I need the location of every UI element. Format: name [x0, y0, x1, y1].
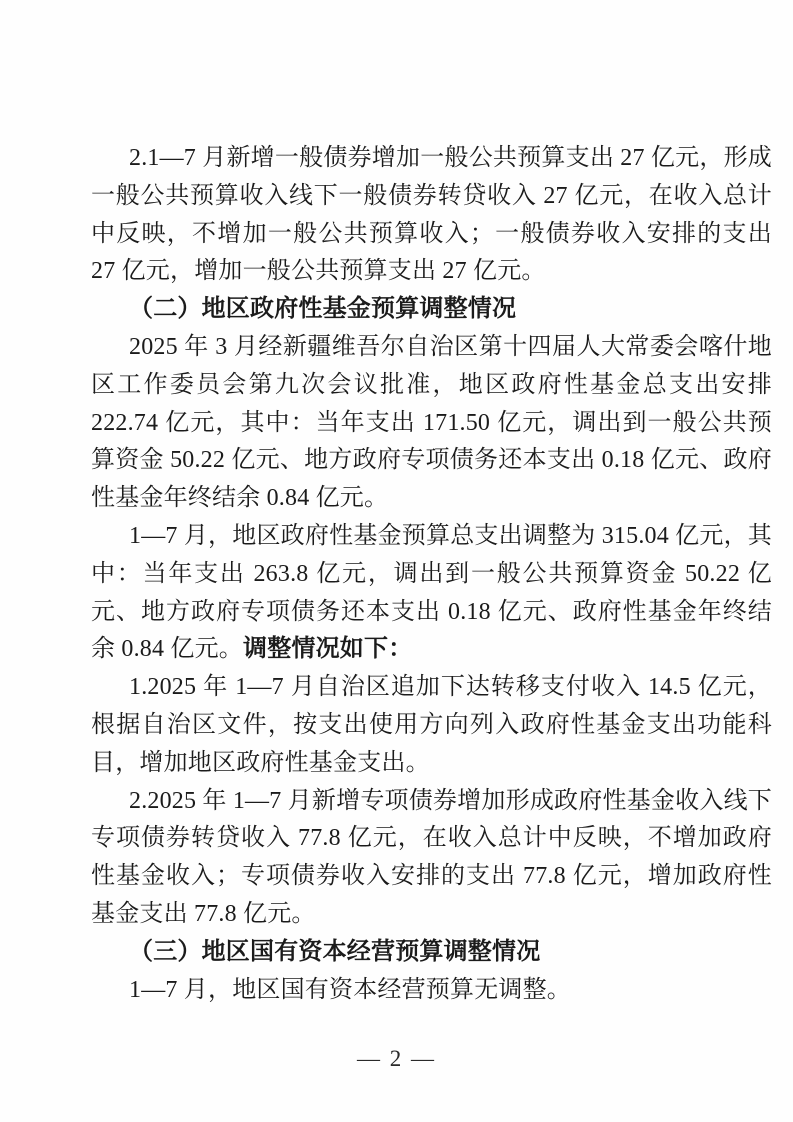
paragraph-gov-funds-approved-budget: 2025 年 3 月经新疆维吾尔自治区第十四届人大常委会喀什地区工作委员会第九次…	[91, 329, 772, 518]
paragraph-adjustment-item1-transfer-payment: 1.2025 年 1—7 月自治区追加下达转移支付收入 14.5 亿元，根据自治…	[91, 669, 772, 782]
paragraph-adjustment-item2-special-bonds: 2.2025 年 1—7 月新增专项债券增加形成政府性基金收入线下专项债券转贷收…	[91, 783, 772, 934]
paragraph-general-bond-item2: 2.1—7 月新增一般债券增加一般公共预算支出 27 亿元，形成一般公共预算收入…	[91, 140, 772, 291]
adjustment-details-label: 调整情况如下：	[243, 636, 412, 662]
document-body: 2.1—7 月新增一般债券增加一般公共预算支出 27 亿元，形成一般公共预算收入…	[91, 140, 772, 1009]
paragraph-state-capital-no-adjustment: 1—7 月，地区国有资本经营预算无调整。	[91, 972, 772, 1010]
paragraph-gov-funds-adjusted-total-text: 1—7 月，地区政府性基金预算总支出调整为 315.04 亿元，其中：当年支出 …	[91, 523, 772, 662]
section-heading-gov-funds-budget: （二）地区政府性基金预算调整情况	[91, 291, 772, 329]
document-page: 2.1—7 月新增一般债券增加一般公共预算支出 27 亿元，形成一般公共预算收入…	[0, 0, 793, 1122]
paragraph-gov-funds-adjusted-total: 1—7 月，地区政府性基金预算总支出调整为 315.04 亿元，其中：当年支出 …	[91, 518, 772, 669]
page-number: — 2 —	[0, 1045, 793, 1073]
section-heading-state-capital-budget: （三）地区国有资本经营预算调整情况	[91, 934, 772, 972]
